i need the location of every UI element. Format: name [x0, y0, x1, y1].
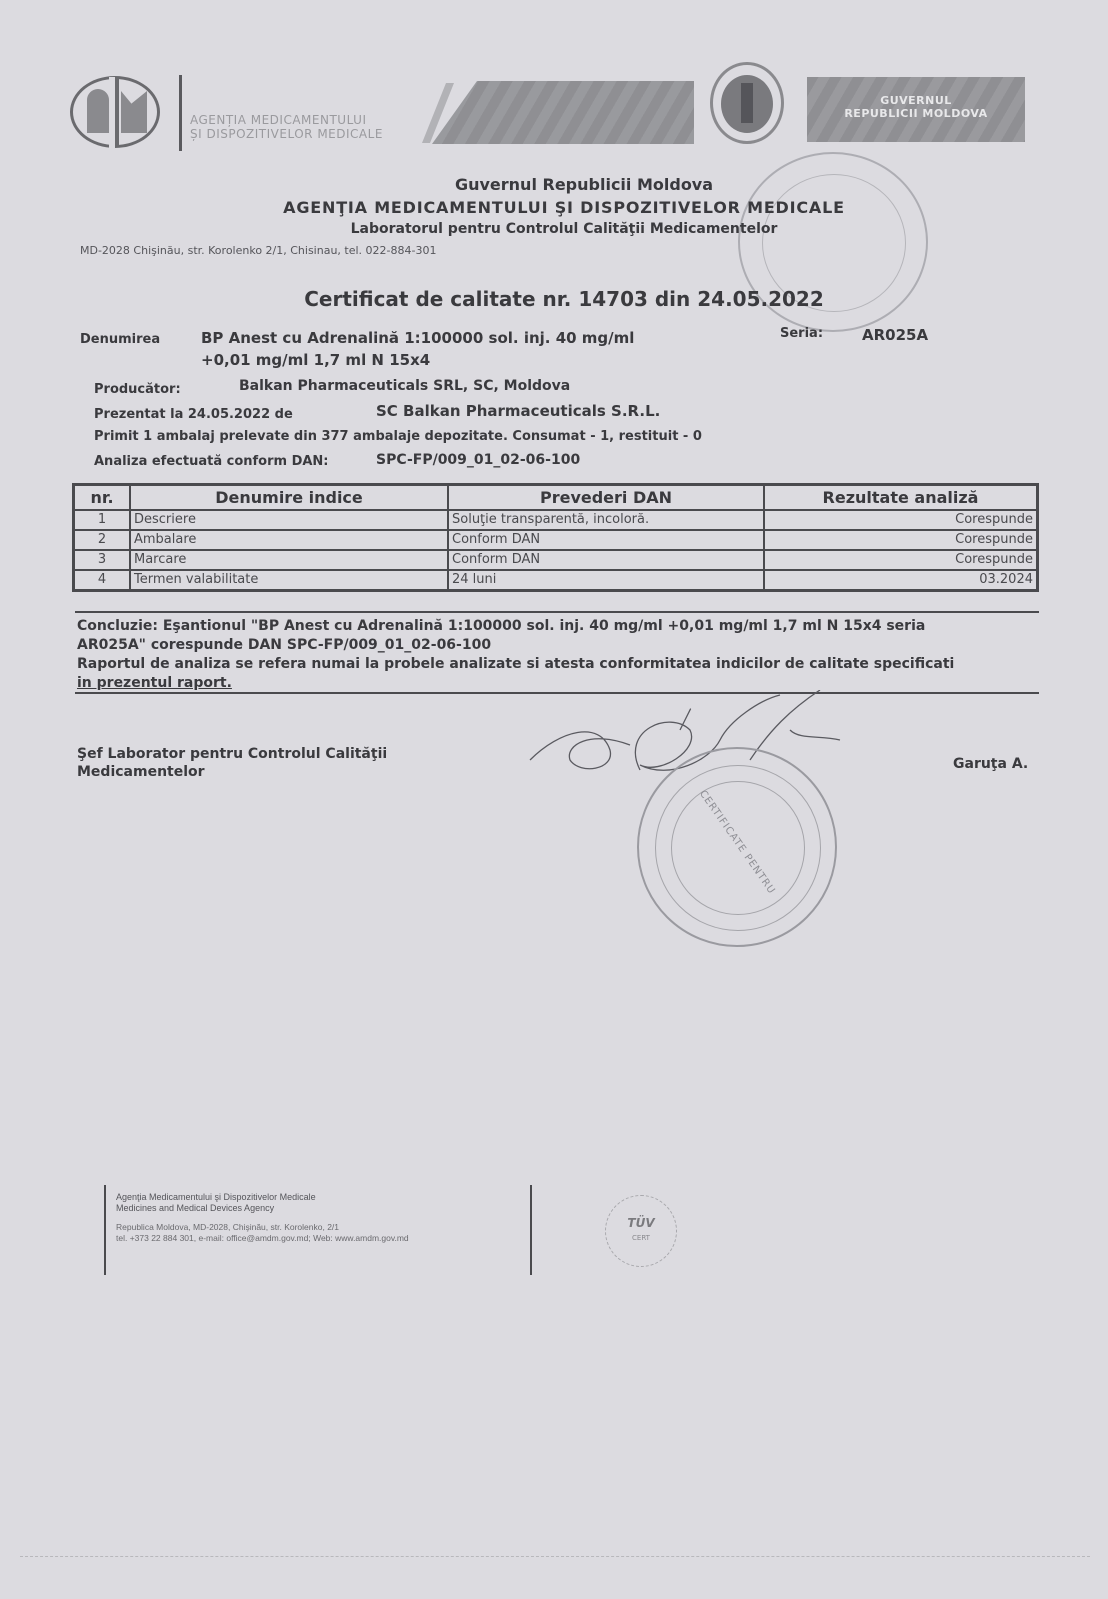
- table-row: 2 Ambalare Conform DAN Corespunde: [74, 530, 1038, 550]
- conclusion-block: Concluzie: Eşantionul "BP Anest cu Adren…: [77, 617, 1037, 693]
- footer-divider-left: [104, 1185, 106, 1275]
- table-row: 1 Descriere Soluţie transparentă, incolo…: [74, 510, 1038, 530]
- footer-divider-right: [530, 1185, 532, 1275]
- cell-nr: 1: [74, 510, 131, 530]
- results-table: nr. Denumire indice Prevederi DAN Rezult…: [72, 483, 1039, 592]
- cell-nr: 2: [74, 530, 131, 550]
- cell-indice: Ambalare: [130, 530, 448, 550]
- agency-logo-text: AGENȚIA MEDICAMENTULUI ȘI DISPOZITIVELOR…: [190, 113, 383, 141]
- producer-label: Producător:: [94, 382, 181, 397]
- conclusion-line: Raportul de analiza se refera numai la p…: [77, 655, 1037, 674]
- logo-divider: [179, 75, 182, 151]
- cell-indice: Marcare: [130, 550, 448, 570]
- conclusion-line: Concluzie: Eşantionul "BP Anest cu Adren…: [77, 617, 1037, 636]
- scan-edge-line: [20, 1556, 1090, 1558]
- signatory-title: Şef Laborator pentru Controlul Calităţii…: [77, 745, 387, 781]
- government-box: GUVERNUL REPUBLICII MOLDOVA: [807, 77, 1025, 142]
- presented-label: Prezentat la 24.05.2022 de: [94, 407, 293, 422]
- received-text: Primit 1 ambalaj prelevate din 377 ambal…: [94, 429, 702, 444]
- stamp-icon: CERTIFICATE PENTRU: [637, 747, 837, 947]
- agency-heading: AGENŢIA MEDICAMENTULUI ŞI DISPOZITIVELOR…: [10, 198, 1108, 217]
- footer-agency-info: Agenţia Medicamentului şi Dispozitivelor…: [116, 1192, 409, 1244]
- decorative-band: [432, 81, 694, 144]
- header-prevederi: Prevederi DAN: [448, 485, 764, 511]
- cell-rezultat: Corespunde: [764, 510, 1038, 530]
- table-row: 3 Marcare Conform DAN Corespunde: [74, 550, 1038, 570]
- cell-prevederi: 24 luni: [448, 570, 764, 591]
- coat-of-arms-icon: [710, 62, 784, 144]
- cell-prevederi: Soluţie transparentă, incoloră.: [448, 510, 764, 530]
- cell-nr: 4: [74, 570, 131, 591]
- divider-top: [75, 611, 1039, 613]
- name-label: Denumirea: [80, 332, 160, 347]
- product-name-line1: BP Anest cu Adrenalină 1:100000 sol. inj…: [201, 329, 634, 347]
- series-label: Seria:: [780, 326, 823, 341]
- cell-nr: 3: [74, 550, 131, 570]
- product-name-line2: +0,01 mg/ml 1,7 ml N 15x4: [201, 351, 430, 369]
- presented-value: SC Balkan Pharmaceuticals S.R.L.: [376, 402, 660, 420]
- cell-rezultat: Corespunde: [764, 550, 1038, 570]
- laboratory-heading: Laboratorul pentru Controlul Calităţii M…: [10, 221, 1108, 237]
- signatory-name: Garuţa A.: [953, 756, 1028, 772]
- series-value: AR025A: [862, 326, 928, 344]
- table-header-row: nr. Denumire indice Prevederi DAN Rezult…: [74, 485, 1038, 511]
- producer-value: Balkan Pharmaceuticals SRL, SC, Moldova: [239, 378, 570, 394]
- cell-rezultat: 03.2024: [764, 570, 1038, 591]
- cell-prevederi: Conform DAN: [448, 550, 764, 570]
- cell-indice: Descriere: [130, 510, 448, 530]
- address-line: MD-2028 Chişinău, str. Korolenko 2/1, Ch…: [80, 244, 436, 257]
- analysis-value: SPC-FP/009_01_02-06-100: [376, 452, 580, 468]
- conclusion-line: AR025A" corespunde DAN SPC-FP/009_01_02-…: [77, 636, 1037, 655]
- header-rezultate: Rezultate analiză: [764, 485, 1038, 511]
- header-nr: nr.: [74, 485, 131, 511]
- header-indice: Denumire indice: [130, 485, 448, 511]
- cell-prevederi: Conform DAN: [448, 530, 764, 550]
- tuv-cert-icon: TÜV CERT: [605, 1195, 677, 1267]
- certificate-title: Certificat de calitate nr. 14703 din 24.…: [10, 287, 1108, 311]
- cell-indice: Termen valabilitate: [130, 570, 448, 591]
- analysis-label: Analiza efectuată conform DAN:: [94, 454, 329, 469]
- government-heading: Guvernul Republicii Moldova: [30, 175, 1108, 194]
- am-logo: [70, 76, 160, 148]
- table-row: 4 Termen valabilitate 24 luni 03.2024: [74, 570, 1038, 591]
- cell-rezultat: Corespunde: [764, 530, 1038, 550]
